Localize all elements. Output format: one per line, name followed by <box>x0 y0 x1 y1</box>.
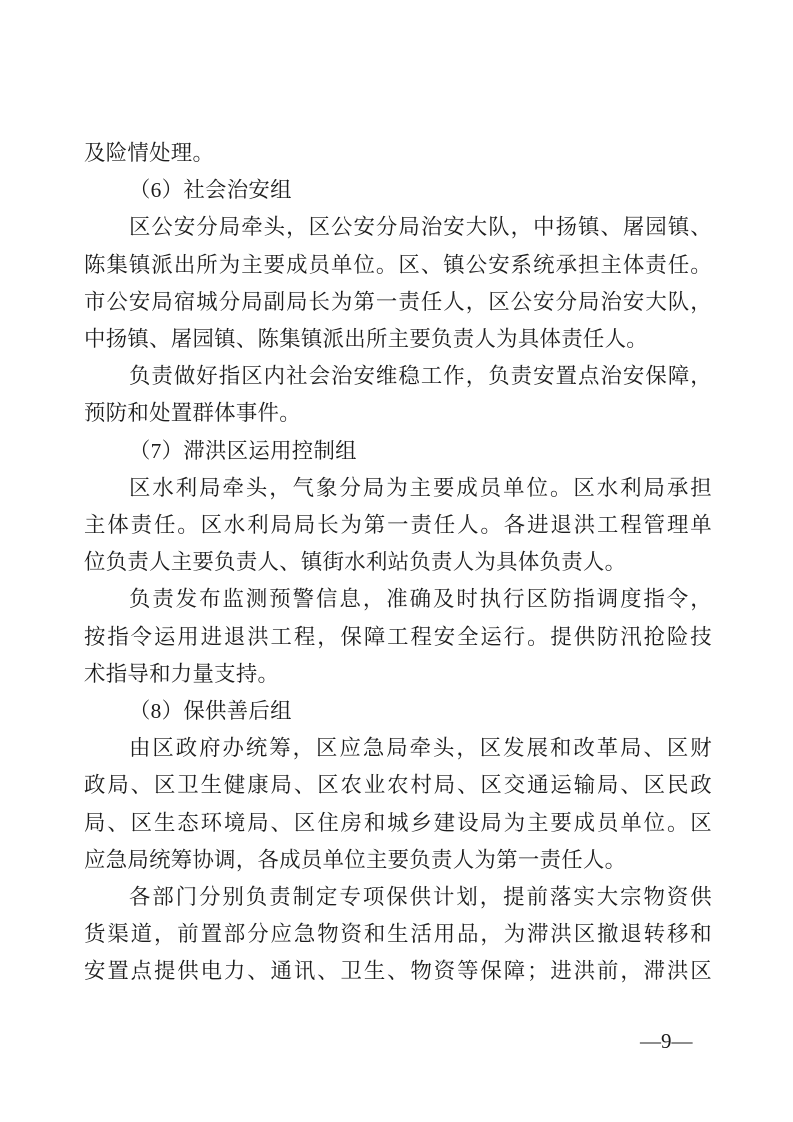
text-line: 区水利局牵头，气象分局为主要成员单位。区水利局承担 <box>84 470 712 507</box>
text-line: 由区政府办统筹，区应急局牵头，区发展和改革局、区财 <box>84 730 712 767</box>
body-paragraph: 区公安分局牵头，区公安分局治安大队，中扬镇、屠园镇、陈集镇派出所为主要成员单位。… <box>84 209 712 358</box>
body-paragraph: 及险情处理。 <box>84 135 712 172</box>
text-line: 位负责人主要负责人、镇街水利站负责人为具体负责人。 <box>84 544 712 581</box>
body-paragraph: 负责做好指区内社会治安维稳工作，负责安置点治安保障，预防和处置群体事件。 <box>84 358 712 432</box>
section-heading: （7）滞洪区运用控制组 <box>84 433 712 470</box>
document-body: 及险情处理。（6）社会治安组区公安分局牵头，区公安分局治安大队，中扬镇、屠园镇、… <box>84 135 712 991</box>
document-page: 及险情处理。（6）社会治安组区公安分局牵头，区公安分局治安大队，中扬镇、屠园镇、… <box>0 0 793 1122</box>
text-line: 区公安分局牵头，区公安分局治安大队，中扬镇、屠园镇、 <box>84 209 712 246</box>
text-line: （8）保供善后组 <box>84 693 712 730</box>
text-line: （6）社会治安组 <box>84 172 712 209</box>
text-line: 负责发布监测预警信息，准确及时执行区防指调度指令， <box>84 581 712 618</box>
text-line: 按指令运用进退洪工程，保障工程安全运行。提供防汛抢险技 <box>84 619 712 656</box>
body-paragraph: 各部门分别负责制定专项保供计划，提前落实大宗物资供货渠道，前置部分应急物资和生活… <box>84 879 712 991</box>
text-line: 预防和处置群体事件。 <box>84 395 712 432</box>
body-paragraph: 由区政府办统筹，区应急局牵头，区发展和改革局、区财政局、区卫生健康局、区农业农村… <box>84 730 712 879</box>
text-line: 主体责任。区水利局局长为第一责任人。各进退洪工程管理单 <box>84 507 712 544</box>
text-line: 术指导和力量支持。 <box>84 656 712 693</box>
text-line: 市公安局宿城分局副局长为第一责任人，区公安分局治安大队， <box>84 284 712 321</box>
text-line: 陈集镇派出所为主要成员单位。区、镇公安系统承担主体责任。 <box>84 247 712 284</box>
body-paragraph: 区水利局牵头，气象分局为主要成员单位。区水利局承担主体责任。区水利局局长为第一责… <box>84 470 712 582</box>
page-number: —9— <box>640 1029 693 1053</box>
text-line: 及险情处理。 <box>84 135 712 172</box>
body-paragraph: 负责发布监测预警信息，准确及时执行区防指调度指令，按指令运用进退洪工程，保障工程… <box>84 581 712 693</box>
text-line: 各部门分别负责制定专项保供计划，提前落实大宗物资供 <box>84 879 712 916</box>
text-line: 安置点提供电力、通讯、卫生、物资等保障；进洪前，滞洪区 <box>84 953 712 990</box>
section-heading: （6）社会治安组 <box>84 172 712 209</box>
text-line: 中扬镇、屠园镇、陈集镇派出所主要负责人为具体责任人。 <box>84 321 712 358</box>
text-line: 应急局统筹协调，各成员单位主要负责人为第一责任人。 <box>84 842 712 879</box>
text-line: （7）滞洪区运用控制组 <box>84 433 712 470</box>
text-line: 局、区生态环境局、区住房和城乡建设局为主要成员单位。区 <box>84 805 712 842</box>
section-heading: （8）保供善后组 <box>84 693 712 730</box>
text-line: 负责做好指区内社会治安维稳工作，负责安置点治安保障， <box>84 358 712 395</box>
text-line: 货渠道，前置部分应急物资和生活用品，为滞洪区撤退转移和 <box>84 916 712 953</box>
text-line: 政局、区卫生健康局、区农业农村局、区交通运输局、区民政 <box>84 767 712 804</box>
